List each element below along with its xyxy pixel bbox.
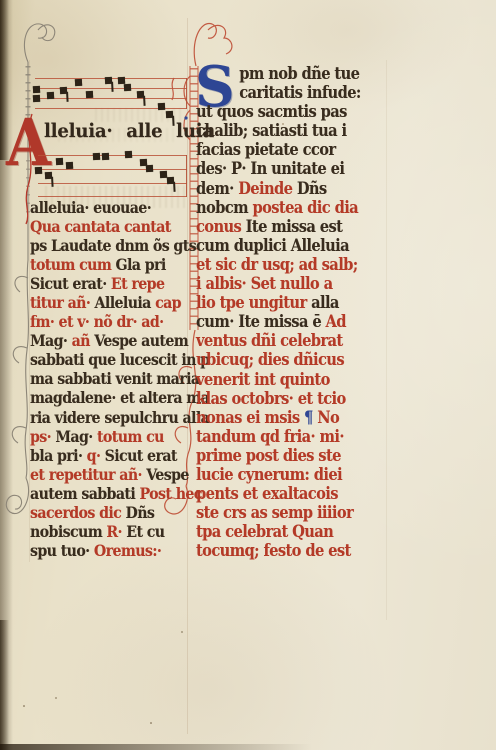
text-line: tocumq; festo de est bbox=[196, 540, 376, 560]
text-run: i albis· Set nullo a bbox=[196, 273, 332, 293]
text-line: tandum qd fria· mi· bbox=[196, 426, 376, 446]
text-line: chalib; satiasti tua i bbox=[196, 120, 376, 140]
text-run: sacerdos dic bbox=[30, 503, 126, 522]
text-run: Ad bbox=[326, 311, 346, 331]
text-run: magdalene· et altera ma bbox=[30, 388, 209, 407]
text-line: ut quos sacmtis pas bbox=[196, 101, 376, 121]
text-line: klas octobrs· et tcio bbox=[196, 388, 376, 408]
text-run: fm· et v· nõ dr· ad· bbox=[30, 312, 164, 331]
text-run: et repetitur añ· bbox=[30, 465, 146, 484]
text-run: ventus dñi celebrat bbox=[196, 330, 343, 350]
text-run: R· bbox=[106, 522, 126, 541]
neume bbox=[33, 86, 40, 93]
text-run: postea dic dia bbox=[252, 197, 358, 217]
text-line: ste crs as semp iiiior bbox=[196, 502, 376, 522]
manuscript-page-photo: A lleluia· alle luia S alleluia· euouae·… bbox=[0, 0, 496, 750]
text-run: Ite missa est bbox=[246, 216, 343, 236]
neume bbox=[56, 158, 63, 165]
text-run: pm nob dñe tue bbox=[239, 63, 359, 83]
text-line: cum duplici Alleluia bbox=[196, 235, 376, 255]
text-run: spu tuo· bbox=[30, 541, 94, 560]
text-line: bla pri· q· Sicut erat bbox=[30, 446, 180, 466]
text-line: facias pietate ccor bbox=[196, 139, 376, 159]
text-run: Mag· bbox=[55, 427, 97, 446]
text-run: ps Laudate dnm õs gts bbox=[30, 236, 196, 255]
text-line: dem· Deinde Dñs bbox=[196, 178, 376, 198]
neume bbox=[75, 79, 82, 86]
text-run: Qua cantata cantat bbox=[30, 217, 171, 236]
text-run: facias pietate ccor bbox=[196, 139, 336, 159]
text-run: alleluia· euouae· bbox=[30, 198, 151, 217]
text-line: fm· et v· nõ dr· ad· bbox=[30, 312, 180, 332]
text-run: venerit int quinto bbox=[196, 369, 330, 389]
text-run: des· P· In unitate ei bbox=[196, 158, 344, 178]
staff-line bbox=[38, 169, 187, 170]
text-line: ria videre sepulchru alla bbox=[30, 408, 180, 428]
text-line: tpa celebrat Quan bbox=[196, 521, 376, 541]
staff-line bbox=[38, 155, 187, 156]
right-text-column: pm nob dñe tuecaritatis infude:ut quos s… bbox=[196, 63, 388, 559]
text-run: ubicuq; dies dñicus bbox=[196, 349, 344, 369]
neume bbox=[158, 103, 165, 110]
neume bbox=[35, 167, 42, 174]
neume-tail bbox=[51, 177, 54, 187]
text-line: des· P· In unitate ei bbox=[196, 158, 376, 178]
text-run: añ bbox=[72, 331, 95, 350]
text-run: cap bbox=[155, 293, 181, 312]
text-line: Sicut erat· Et repe bbox=[30, 274, 180, 294]
binding-edge-shadow-bottom bbox=[0, 620, 9, 750]
staff-barline bbox=[186, 78, 187, 109]
text-run: pents et exaltacois bbox=[196, 483, 338, 503]
text-run: caritatis infude: bbox=[239, 82, 360, 102]
neume bbox=[47, 92, 54, 99]
neume-tail bbox=[173, 182, 176, 192]
text-run: ma sabbati venit maria bbox=[30, 369, 199, 388]
text-line: Mag· añ Vespe autem bbox=[30, 331, 180, 351]
text-run: prime post dies ste bbox=[196, 445, 341, 465]
text-run: tpa celebrat Quan bbox=[196, 521, 333, 541]
text-run: totum cu bbox=[97, 427, 164, 446]
music-staff bbox=[38, 155, 187, 197]
text-run: Vespe autem bbox=[94, 331, 188, 350]
neume-tail bbox=[143, 96, 146, 106]
text-run: Deinde bbox=[238, 178, 297, 198]
text-line: nobcm postea dic dia bbox=[196, 197, 376, 217]
text-run: totum cum bbox=[30, 255, 116, 274]
text-run: Post hec bbox=[140, 484, 202, 503]
text-run: Alleluia bbox=[95, 293, 156, 312]
parchment-speck bbox=[282, 123, 284, 125]
text-line: titur añ· Alleluia cap bbox=[30, 293, 180, 313]
text-line: venerit int quinto bbox=[196, 369, 376, 389]
text-run: ste crs as semp iiiior bbox=[196, 502, 353, 522]
text-line: caritatis infude: bbox=[196, 82, 376, 102]
neume bbox=[166, 111, 173, 118]
text-run: dem· bbox=[196, 178, 238, 198]
text-run: ¶ bbox=[304, 407, 317, 427]
parchment-speck bbox=[150, 722, 152, 724]
parchment-speck bbox=[23, 705, 25, 707]
text-line: spu tuo· Oremus:· bbox=[30, 541, 180, 561]
text-run: Mag· bbox=[30, 331, 72, 350]
text-line: et repetitur añ· Vespe bbox=[30, 465, 180, 485]
neume bbox=[60, 87, 67, 94]
text-line: ma sabbati venit maria bbox=[30, 369, 180, 389]
text-line: ubicuq; dies dñicus bbox=[196, 349, 376, 369]
text-run: Et repe bbox=[111, 274, 164, 293]
text-run: autem sabbati bbox=[30, 484, 140, 503]
text-run: Sicut erat· bbox=[30, 274, 111, 293]
staff-line bbox=[35, 98, 187, 99]
left-text-column: alleluia· euouae·Qua cantata cantatps La… bbox=[30, 198, 190, 560]
text-line: lio tpe ungitur alla bbox=[196, 292, 376, 312]
text-run: alla bbox=[311, 292, 339, 312]
text-line: et sic dr usq; ad salb; bbox=[196, 254, 376, 274]
staff-barline bbox=[186, 155, 187, 197]
text-run: ut quos sacmtis pas bbox=[196, 101, 347, 121]
staff-line bbox=[38, 196, 187, 197]
text-line: Qua cantata cantat bbox=[30, 217, 180, 237]
parchment-speck bbox=[55, 697, 57, 699]
text-run: conus bbox=[196, 216, 246, 236]
text-line: nonas ei msis ¶ No bbox=[196, 407, 376, 427]
text-run: chalib; satiasti tua i bbox=[196, 120, 346, 140]
text-line: cum· Ite missa ē Ad bbox=[196, 311, 376, 331]
text-run: Oremus:· bbox=[94, 541, 161, 560]
text-line: prime post dies ste bbox=[196, 445, 376, 465]
neume bbox=[33, 95, 40, 102]
text-run: Et cu bbox=[126, 522, 164, 541]
neume bbox=[118, 77, 125, 84]
text-run: lucie cynerum: diei bbox=[196, 464, 342, 484]
text-run: No bbox=[317, 407, 339, 427]
text-run: nonas ei msis bbox=[196, 407, 304, 427]
text-line: pents et exaltacois bbox=[196, 483, 376, 503]
text-line: ps· Mag· totum cu bbox=[30, 427, 180, 447]
text-line: nobiscum R· Et cu bbox=[30, 522, 180, 542]
text-run: Dñs bbox=[126, 503, 155, 522]
page-bottom-edge bbox=[0, 744, 347, 750]
text-run: titur añ· bbox=[30, 293, 95, 312]
neume-tail bbox=[111, 82, 114, 92]
text-line: lucie cynerum: diei bbox=[196, 464, 376, 484]
text-line: ps Laudate dnm õs gts bbox=[30, 236, 180, 256]
text-run: Dñs bbox=[297, 178, 327, 198]
parchment-speck bbox=[181, 631, 183, 633]
text-line: autem sabbati Post hec bbox=[30, 484, 180, 504]
text-run: Sicut erat bbox=[105, 446, 177, 465]
text-line: i albis· Set nullo a bbox=[196, 273, 376, 293]
text-run: Vespe bbox=[146, 465, 189, 484]
text-run: q· bbox=[87, 446, 105, 465]
text-line: conus Ite missa est bbox=[196, 216, 376, 236]
neume bbox=[167, 177, 174, 184]
text-line: sacerdos dic Dñs bbox=[30, 503, 180, 523]
neume bbox=[125, 151, 132, 158]
neume bbox=[86, 91, 93, 98]
neume bbox=[45, 172, 52, 179]
neume bbox=[105, 77, 112, 84]
text-run: tocumq; festo de est bbox=[196, 540, 351, 560]
text-line: alleluia· euouae· bbox=[30, 198, 180, 218]
text-line: pm nob dñe tue bbox=[196, 63, 376, 83]
text-run: lio tpe ungitur bbox=[196, 292, 311, 312]
text-line: magdalene· et altera ma bbox=[30, 388, 180, 408]
text-run: ps· bbox=[30, 427, 55, 446]
text-run: ria videre sepulchru alla bbox=[30, 408, 209, 427]
text-line: sabbati que lucescit in p bbox=[30, 350, 180, 370]
neume bbox=[93, 153, 100, 160]
text-run: tandum qd fria· mi· bbox=[196, 426, 344, 446]
text-run: klas octobrs· et tcio bbox=[196, 388, 346, 408]
neume bbox=[66, 162, 73, 169]
neume-tail bbox=[172, 116, 175, 126]
neume bbox=[146, 165, 153, 172]
text-run: Alleluia bbox=[291, 235, 349, 255]
text-run: et sic dr usq; ad salb; bbox=[196, 254, 358, 274]
chant-lyric-line: lleluia· alle luia bbox=[44, 122, 214, 141]
neume bbox=[124, 84, 131, 91]
neume-tail bbox=[66, 92, 69, 102]
text-run: bla pri· bbox=[30, 446, 87, 465]
neume bbox=[102, 153, 109, 160]
text-run: nobiscum bbox=[30, 522, 106, 541]
text-run: Gla pri bbox=[116, 255, 166, 274]
text-run: cum· Ite missa ē bbox=[196, 311, 326, 331]
text-line: ventus dñi celebrat bbox=[196, 330, 376, 350]
text-line: totum cum Gla pri bbox=[30, 255, 180, 275]
staff-line bbox=[38, 183, 187, 184]
neume bbox=[137, 91, 144, 98]
text-run: sabbati que lucescit in p bbox=[30, 350, 209, 369]
text-run: cum duplici bbox=[196, 235, 291, 255]
text-run: nobcm bbox=[196, 197, 252, 217]
music-staff bbox=[35, 78, 187, 109]
